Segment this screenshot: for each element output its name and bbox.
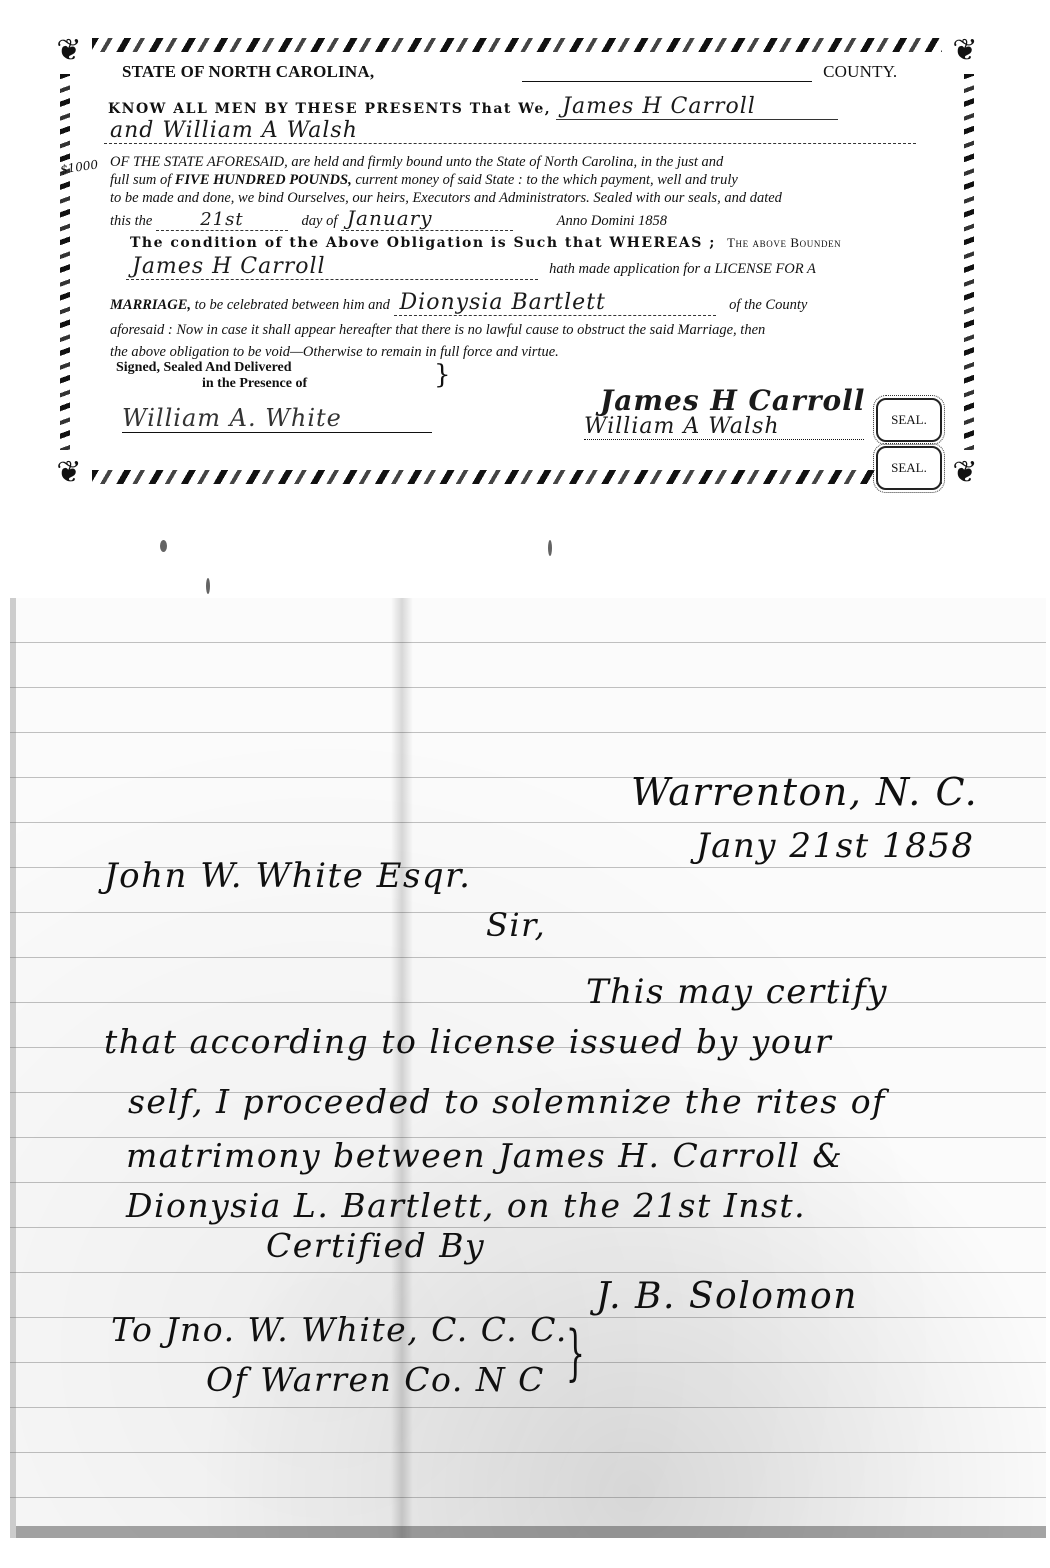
day-value: 21st (156, 209, 288, 231)
body-text: full sum of (110, 172, 171, 188)
letter-recipient-line-1: To Jno. W. White, C. C. C. (111, 1310, 568, 1349)
void-line: the above obligation to be void—Otherwis… (110, 344, 559, 361)
fleur-corner-icon: ❦ (52, 456, 86, 490)
officiant-signature: J. B. Solomon (596, 1276, 858, 1317)
brace-icon: } (434, 360, 451, 390)
presence-label: in the Presence of (202, 376, 307, 392)
day-of-label: day of (302, 213, 338, 229)
fleur-corner-icon: ❦ (948, 34, 982, 68)
aforesaid-line: aforesaid : Now in case it shall appear … (110, 322, 765, 339)
seal-box-2: SEAL. (876, 446, 942, 490)
bond-body-line-1: OF THE STATE AFORESAID, are held and fir… (110, 154, 723, 171)
state-title: STATE OF NORTH CAROLINA, (122, 62, 374, 81)
body-text: current money of said State : to the whi… (355, 172, 737, 188)
marriage-text: to be celebrated between him and (195, 297, 390, 313)
ornamental-border-right (964, 74, 974, 450)
signed-sealed-label: Signed, Sealed And Delivered (116, 360, 292, 376)
applicant-name: James H Carroll (126, 254, 538, 280)
ornamental-border-top (92, 38, 942, 52)
bond-amount: FIVE HUNDRED POUNDS, (175, 172, 352, 188)
marriage-label: MARRIAGE, (110, 297, 191, 313)
letter-line-2: that according to license issued by your (104, 1022, 832, 1061)
letter-line-4: matrimony between James H. Carroll & (126, 1136, 843, 1175)
letter-line-3: self, I proceeded to solemnize the rites… (128, 1082, 886, 1121)
letter-place: Warrenton, N. C. (631, 770, 978, 814)
signature-surety: William A Walsh (584, 414, 864, 440)
letter-line-1: This may certify (586, 972, 888, 1012)
principal-name: James H Carroll (556, 94, 838, 120)
hath-made-application: hath made application for a LICENSE FOR … (549, 261, 816, 277)
anno-domini-year: Anno Domini 1858 (557, 213, 667, 229)
brace-icon: } (566, 1318, 586, 1388)
ink-speck (206, 578, 210, 594)
of-the-county: of the County (729, 297, 807, 313)
ornamental-border-bottom (92, 470, 942, 484)
marriage-certificate-letter: Warrenton, N. C. Jany 21st 1858 John W. … (10, 598, 1046, 1538)
certified-by-label: Certified By (266, 1226, 485, 1265)
county-label: COUNTY. (823, 62, 897, 81)
seal-box-1: SEAL. (876, 398, 942, 442)
signature-principal: James H Carroll (600, 384, 865, 417)
above-bounden-label: The above Bounden (727, 235, 841, 250)
paper-edge (16, 1526, 1046, 1538)
county-field (522, 63, 812, 82)
bride-name: Dionysia Bartlett (394, 290, 716, 316)
month-value: January (341, 206, 513, 231)
surety-name: and William A Walsh (104, 118, 916, 144)
letter-date: Jany 21st 1858 (696, 826, 975, 866)
ink-speck (160, 540, 167, 552)
witness-signature: William A. White (122, 404, 432, 433)
ink-speck (548, 540, 552, 556)
letter-line-5: Dionysia L. Bartlett, on the 21st Inst. (126, 1186, 806, 1225)
fleur-corner-icon: ❦ (948, 456, 982, 490)
marriage-bond-certificate: ❦ ❦ ❦ ❦ $1000 STATE OF NORTH CAROLINA, C… (52, 38, 982, 490)
bond-body-line-2: full sum of FIVE HUNDRED POUNDS, current… (110, 172, 738, 189)
bond-date-line: this the 21st day of January Anno Domini… (110, 206, 667, 231)
letter-recipient-line-2: Of Warren Co. N C (206, 1360, 545, 1399)
letter-addressee: John W. White Esqr. (104, 856, 472, 896)
condition-heading: The condition of the Above Obligation is… (130, 235, 716, 251)
know-all-men-heading: KNOW ALL MEN BY THESE PRESENTS That We, (108, 101, 551, 117)
fleur-corner-icon: ❦ (52, 34, 86, 68)
bond-body-line-3: to be made and done, we bind Ourselves, … (110, 190, 782, 207)
this-the-label: this the (110, 213, 152, 229)
letter-salutation: Sir, (486, 906, 546, 944)
ornamental-border-left (60, 74, 70, 450)
